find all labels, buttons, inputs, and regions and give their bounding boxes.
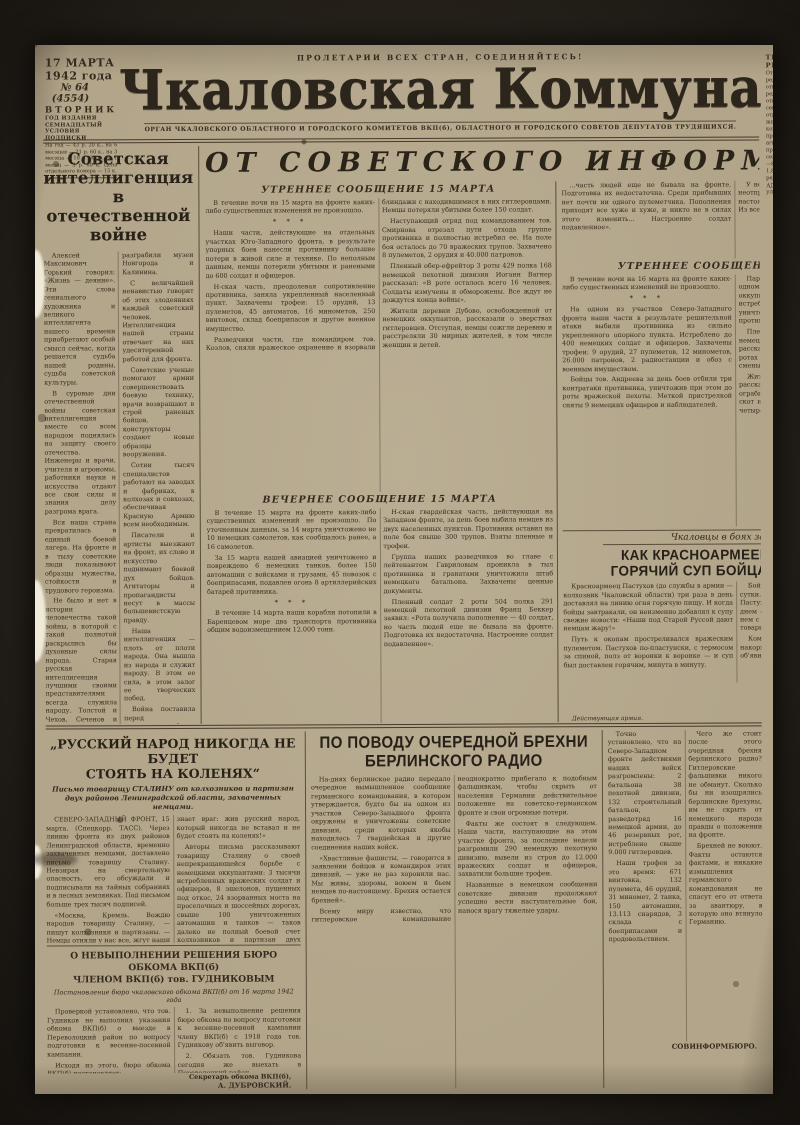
phones-list: Ответственный редактор—2.35, зам. ответс… xyxy=(766,70,773,183)
masthead-center: ПРОЛЕТАРИИ ВСЕХ СТРАН, СОЕДИНЯЙТЕСЬ! Чка… xyxy=(119,49,762,138)
pastukhov-kicker: Чкаловцы в боях за родину xyxy=(603,532,762,545)
edition-year: ГОД ИЗДАНИЯ СЕМНАДЦАТЫЙ xyxy=(45,115,117,129)
resolution-title-line-2: ЧЛЕНОМ ВКП(б) тов. ГУДНИКОВЫМ xyxy=(73,974,275,985)
page-content: 17 МАРТА 1942 года № 64 (4554) ВТОРНИК Г… xyxy=(43,49,764,1088)
newspaper-page: 17 МАРТА 1942 года № 64 (4554) ВТОРНИК Г… xyxy=(35,45,773,1094)
resolution-subhead: Постановление бюро чкаловского обкома ВК… xyxy=(47,988,301,1005)
signature-name: А. ДУБРОВСКИЙ. xyxy=(47,1080,291,1090)
title-line-1: Советская интеллигенция xyxy=(43,149,193,188)
article-pastukhov: Чкаловцы в боях за родину КАК КРАСНОАРМЕ… xyxy=(563,529,762,723)
communique-right-half: ...часть людей еще не бывала на фронте. … xyxy=(556,180,761,723)
photo-background: 17 МАРТА 1942 года № 64 (4554) ВТОРНИК Г… xyxy=(0,0,800,1125)
issue-number: № 64 (4554) xyxy=(45,82,117,104)
letter-body: СЕВЕРО-ЗАПАДНЫЙ ФРОНТ, 15 марта. (Спецко… xyxy=(46,815,301,944)
issue-info-block: 17 МАРТА 1942 года № 64 (4554) ВТОРНИК Г… xyxy=(43,52,119,138)
contacts-block: ТЕЛЕФОНЫ РЕДАКЦИИ: Ответственный редакто… xyxy=(762,49,773,135)
communique-left-half: УТРЕННЕЕ СООБЩЕНИЕ 15 МАРТА В течение но… xyxy=(205,181,559,724)
top-section: Советская интеллигенция в отечественной … xyxy=(43,143,762,724)
pastukhov-title-line-2: ГОРЯЧИЙ СУП БОЙЦАМ ДОСТАВИЛ xyxy=(611,562,762,579)
article-intelligentsia-title: Советская интеллигенция в отечественной … xyxy=(43,150,193,245)
title-line-2: в отечественной войне xyxy=(46,187,190,244)
resolution-signature: Секретарь обкома ВКП(б), А. ДУБРОВСКИЙ. xyxy=(47,1072,301,1090)
evening-15-heading: ВЕЧЕРНЕЕ СООБЩЕНИЕ 15 МАРТА xyxy=(207,493,553,506)
phones-title: ТЕЛЕФОНЫ РЕДАКЦИИ: xyxy=(766,53,773,69)
issue-date: 17 МАРТА 1942 года xyxy=(45,56,117,82)
resolution-body: Проверкой установлено, что тов. Гудников… xyxy=(47,1007,301,1074)
morning-16-body: В течение ночи на 16 марта на фронте как… xyxy=(562,274,762,528)
refutation-title: ПО ПОВОДУ ОЧЕРЕДНОЙ БРЕХНИ БЕРЛИНСКОГО Р… xyxy=(311,734,597,772)
letter-resolution-divider xyxy=(47,945,301,947)
sovinformburo-columns: УТРЕННЕЕ СООБЩЕНИЕ 15 МАРТА В течение но… xyxy=(205,180,762,724)
sovinformburo-title: ОТ СОВЕТСКОГО ИНФОРМБЮРО xyxy=(205,145,762,179)
masthead: 17 МАРТА 1942 года № 64 (4554) ВТОРНИК Г… xyxy=(43,49,759,138)
pastukhov-body: Красноармеец Пастухов (до службы в армии… xyxy=(563,581,761,683)
pastukhov-signature-row: Действующая армия. М. КЛИПИНИЦЕР. (Наш в… xyxy=(564,682,762,723)
article-intelligentsia-body: Алексей Максимович Горький говорил: «Жиз… xyxy=(44,251,196,725)
pastukhov-title: КАК КРАСНОАРМЕЕЦ ПАСТУХОВ ГОРЯЧИЙ СУП БО… xyxy=(563,546,762,579)
evening-15-body: В течение 15 марта на фронте каких-либо … xyxy=(207,507,554,724)
newspaper-title: Чкаловская Коммуна xyxy=(119,62,762,117)
subscription-title: УСЛОВИЯ ПОДПИСКИ xyxy=(45,128,117,142)
fold-streak xyxy=(35,853,77,866)
ink-blotches xyxy=(35,45,37,47)
letter-title: „РУССКИЙ НАРОД НИКОГДА НЕ БУДЕТ СТОЯТЬ Н… xyxy=(46,735,300,781)
morning-15-body: В течение ночи на 15 марта на фронте как… xyxy=(205,197,553,493)
communique-continuation: ...часть людей еще не бывала на фронте. … xyxy=(561,180,761,260)
morning-15-heading: УТРЕННЕЕ СООБЩЕНИЕ 15 МАРТА xyxy=(205,183,551,196)
article-intelligentsia: Советская интеллигенция в отечественной … xyxy=(43,146,201,725)
letter-subhead: Письмо товарищу СТАЛИНУ от колхозников и… xyxy=(52,783,294,811)
refutation-body-left: На-днях берлинское радио передало очеред… xyxy=(311,774,598,1089)
pastukhov-dateline: Действующая армия. xyxy=(572,715,643,722)
refutation-article: ПО ПОВОДУ ОЧЕРЕДНОЙ БРЕХНИ БЕРЛИНСКОГО Р… xyxy=(306,730,605,1089)
refutation-title-line-1: ПО ПОВОДУ ОЧЕРЕДНОЙ БРЕХНИ xyxy=(319,732,588,752)
bottom-section: „РУССКИЙ НАРОД НИКОГДА НЕ БУДЕТ СТОЯТЬ Н… xyxy=(46,729,764,1090)
editorial-address: АДРЕС РЕДАКЦИИ: улица 9 января, 76. xyxy=(766,183,773,195)
morning-16-heading: УТРЕННЕЕ СООБЩЕНИЕ 16 МАРТА xyxy=(562,260,762,273)
resolution-title: О НЕВЫПОЛНЕНИИ РЕШЕНИЯ БЮРО ОБКОМА ВКП(б… xyxy=(47,951,301,987)
pastukhov-title-line-1: КАК КРАСНОАРМЕЕЦ ПАСТУХОВ xyxy=(621,546,762,563)
refutation-body-right: Точно установлено, что на Северо-Западно… xyxy=(608,729,763,1042)
refutation-title-line-2: БЕРЛИНСКОГО РАДИО xyxy=(365,751,543,770)
issue-weekday: ВТОРНИК xyxy=(45,105,117,115)
letter-title-line-1: „РУССКИЙ НАРОД НИКОГДА НЕ БУДЕТ xyxy=(50,735,295,766)
letter-title-line-2: СТОЯТЬ НА КОЛЕНЯХ“ xyxy=(86,766,260,782)
resolution-title-line-1: О НЕВЫПОЛНЕНИИ РЕШЕНИЯ БЮРО ОБКОМА ВКП(б… xyxy=(70,951,277,973)
sovinformburo-signature: СОВИНФОРМБЮРО. xyxy=(609,1041,763,1051)
sovinformburo-section: ОТ СОВЕТСКОГО ИНФОРМБЮРО УТРЕННЕЕ СООБЩЕ… xyxy=(199,143,762,723)
refutation-continuation-column: Точно установлено, что на Северо-Западно… xyxy=(603,729,764,1088)
bottom-left-column: „РУССКИЙ НАРОД НИКОГДА НЕ БУДЕТ СТОЯТЬ Н… xyxy=(46,731,308,1090)
